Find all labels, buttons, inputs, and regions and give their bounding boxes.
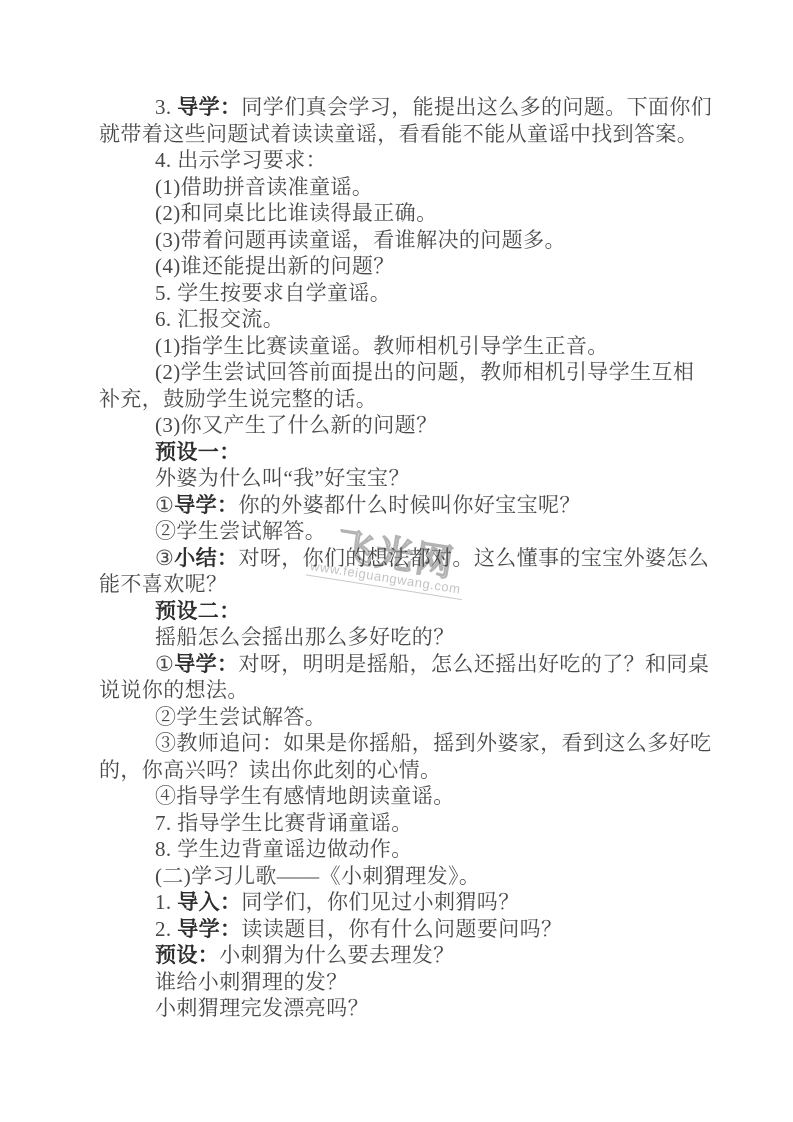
document-body: 3. 导学：同学们真会学习，能提出这么多的问题。下面你们就带着这些问题试着读读童… [99, 94, 711, 1022]
text-line: ①导学：你的外婆都什么时候叫你好宝宝呢？ [99, 492, 711, 519]
line-text: (4)谁还能提出新的问题？ [155, 254, 395, 278]
line-text: 谁给小刺猬理的发？ [155, 970, 348, 994]
text-line: 摇船怎么会摇出那么多好吃的？ [99, 624, 711, 651]
text-line: 小刺猬理完发漂亮吗？ [99, 995, 711, 1022]
text-line: ②学生尝试解答。 [99, 704, 711, 731]
text-line: (1)指学生比赛读童谣。教师相机引导学生正音。 [99, 333, 711, 360]
line-text: 1. [155, 890, 177, 914]
text-line: ③教师追问：如果是你摇船，摇到外婆家，看到这么多好吃 [99, 730, 711, 757]
line-emphasis: 导学： [174, 652, 238, 676]
line-text: 补充，鼓励学生说完整的话。 [99, 387, 377, 411]
text-line: 说说你的想法。 [99, 677, 711, 704]
line-text: (二)学习儿歌——《小刺猬理发》。 [155, 864, 480, 888]
line-emphasis: 导学： [177, 917, 241, 941]
line-text: 小刺猬为什么要去理发？ [219, 943, 454, 967]
line-emphasis: 小结： [174, 546, 238, 570]
line-text: 对呀，明明是摇船，怎么还摇出好吃的了？和同桌 [238, 652, 709, 676]
line-emphasis: 预设： [155, 943, 219, 967]
line-text: ③教师追问：如果是你摇船，摇到外婆家，看到这么多好吃 [155, 731, 711, 755]
line-text: 6. 汇报交流。 [155, 307, 284, 331]
line-text: (1)指学生比赛读童谣。教师相机引导学生正音。 [155, 334, 609, 358]
text-line: ③小结：对呀，你们的想法都对。这么懂事的宝宝外婆怎么 [99, 545, 711, 572]
text-line: ①导学：对呀，明明是摇船，怎么还摇出好吃的了？和同桌 [99, 651, 711, 678]
line-text: (3)带着问题再读童谣，看谁解决的问题多。 [155, 228, 566, 252]
text-line: ④指导学生有感情地朗读童谣。 [99, 783, 711, 810]
text-line: 5. 学生按要求自学童谣。 [99, 280, 711, 307]
line-text: (1)借助拼音读准童谣。 [155, 175, 373, 199]
text-line: 8. 学生边背童谣边做动作。 [99, 836, 711, 863]
line-text: 5. 学生按要求自学童谣。 [155, 281, 391, 305]
line-text: ④指导学生有感情地朗读童谣。 [155, 784, 455, 808]
line-text: 的，你高兴吗？读出你此刻的心情。 [99, 758, 441, 782]
text-line: 6. 汇报交流。 [99, 306, 711, 333]
line-text: 就带着这些问题试着读读童谣，看看能不能从童谣中找到答案。 [99, 122, 698, 146]
line-text: ②学生尝试解答。 [155, 519, 326, 543]
line-emphasis: 导学： [174, 493, 238, 517]
line-text: 说说你的想法。 [99, 678, 249, 702]
line-text: 7. 指导学生比赛背诵童谣。 [155, 811, 413, 835]
text-line: 预设一： [99, 439, 711, 466]
text-line: 7. 指导学生比赛背诵童谣。 [99, 810, 711, 837]
text-line: 1. 导入：同学们，你们见过小刺猬吗？ [99, 889, 711, 916]
text-line: 预设二： [99, 598, 711, 625]
line-text: 对呀，你们的想法都对。这么懂事的宝宝外婆怎么 [238, 546, 709, 570]
line-text: 读读题目，你有什么问题要问吗？ [241, 917, 562, 941]
text-line: (3)带着问题再读童谣，看谁解决的问题多。 [99, 227, 711, 254]
line-text: ① [155, 652, 174, 676]
line-text: 同学们真会学习，能提出这么多的问题。下面你们 [241, 95, 712, 119]
text-line: 的，你高兴吗？读出你此刻的心情。 [99, 757, 711, 784]
line-text: 2. [155, 917, 177, 941]
line-text: 摇船怎么会摇出那么多好吃的？ [155, 625, 455, 649]
line-text: 3. [155, 95, 177, 119]
text-line: 2. 导学：读读题目，你有什么问题要问吗？ [99, 916, 711, 943]
line-emphasis: 预设一： [155, 440, 241, 464]
line-text: 同学们，你们见过小刺猬吗？ [241, 890, 519, 914]
text-line: ②学生尝试解答。 [99, 518, 711, 545]
text-line: (2)和同桌比比谁读得最正确。 [99, 200, 711, 227]
line-text: ②学生尝试解答。 [155, 705, 326, 729]
text-line: 4. 出示学习要求： [99, 147, 711, 174]
line-emphasis: 导入： [177, 890, 241, 914]
line-text: 8. 学生边背童谣边做动作。 [155, 837, 413, 861]
text-line: 就带着这些问题试着读读童谣，看看能不能从童谣中找到答案。 [99, 121, 711, 148]
line-emphasis: 导学： [177, 95, 241, 119]
line-text: ③ [155, 546, 174, 570]
text-line: 补充，鼓励学生说完整的话。 [99, 386, 711, 413]
line-text: ① [155, 493, 174, 517]
text-line: (二)学习儿歌——《小刺猬理发》。 [99, 863, 711, 890]
text-line: 3. 导学：同学们真会学习，能提出这么多的问题。下面你们 [99, 94, 711, 121]
text-line: 外婆为什么叫“我”好宝宝？ [99, 465, 711, 492]
line-text: (3)你又产生了什么新的问题？ [155, 413, 438, 437]
line-text: 小刺猬理完发漂亮吗？ [155, 996, 369, 1020]
scanned-page: 飞光网 www.feiguangwang.com 3. 导学：同学们真会学习，能… [0, 0, 793, 1122]
text-line: (2)学生尝试回答前面提出的问题，教师相机引导学生互相 [99, 359, 711, 386]
line-text: 你的外婆都什么时候叫你好宝宝呢？ [238, 493, 580, 517]
line-text: 外婆为什么叫“我”好宝宝？ [155, 466, 410, 490]
text-line: (1)借助拼音读准童谣。 [99, 174, 711, 201]
line-emphasis: 预设二： [155, 599, 241, 623]
text-line: 谁给小刺猬理的发？ [99, 969, 711, 996]
text-line: (3)你又产生了什么新的问题？ [99, 412, 711, 439]
line-text: (2)和同桌比比谁读得最正确。 [155, 201, 438, 225]
line-text: 4. 出示学习要求： [155, 148, 327, 172]
text-line: 预设：小刺猬为什么要去理发？ [99, 942, 711, 969]
line-text: (2)学生尝试回答前面提出的问题，教师相机引导学生互相 [155, 360, 694, 384]
line-text: 能不喜欢呢？ [99, 572, 227, 596]
text-line: (4)谁还能提出新的问题？ [99, 253, 711, 280]
text-line: 能不喜欢呢？ [99, 571, 711, 598]
